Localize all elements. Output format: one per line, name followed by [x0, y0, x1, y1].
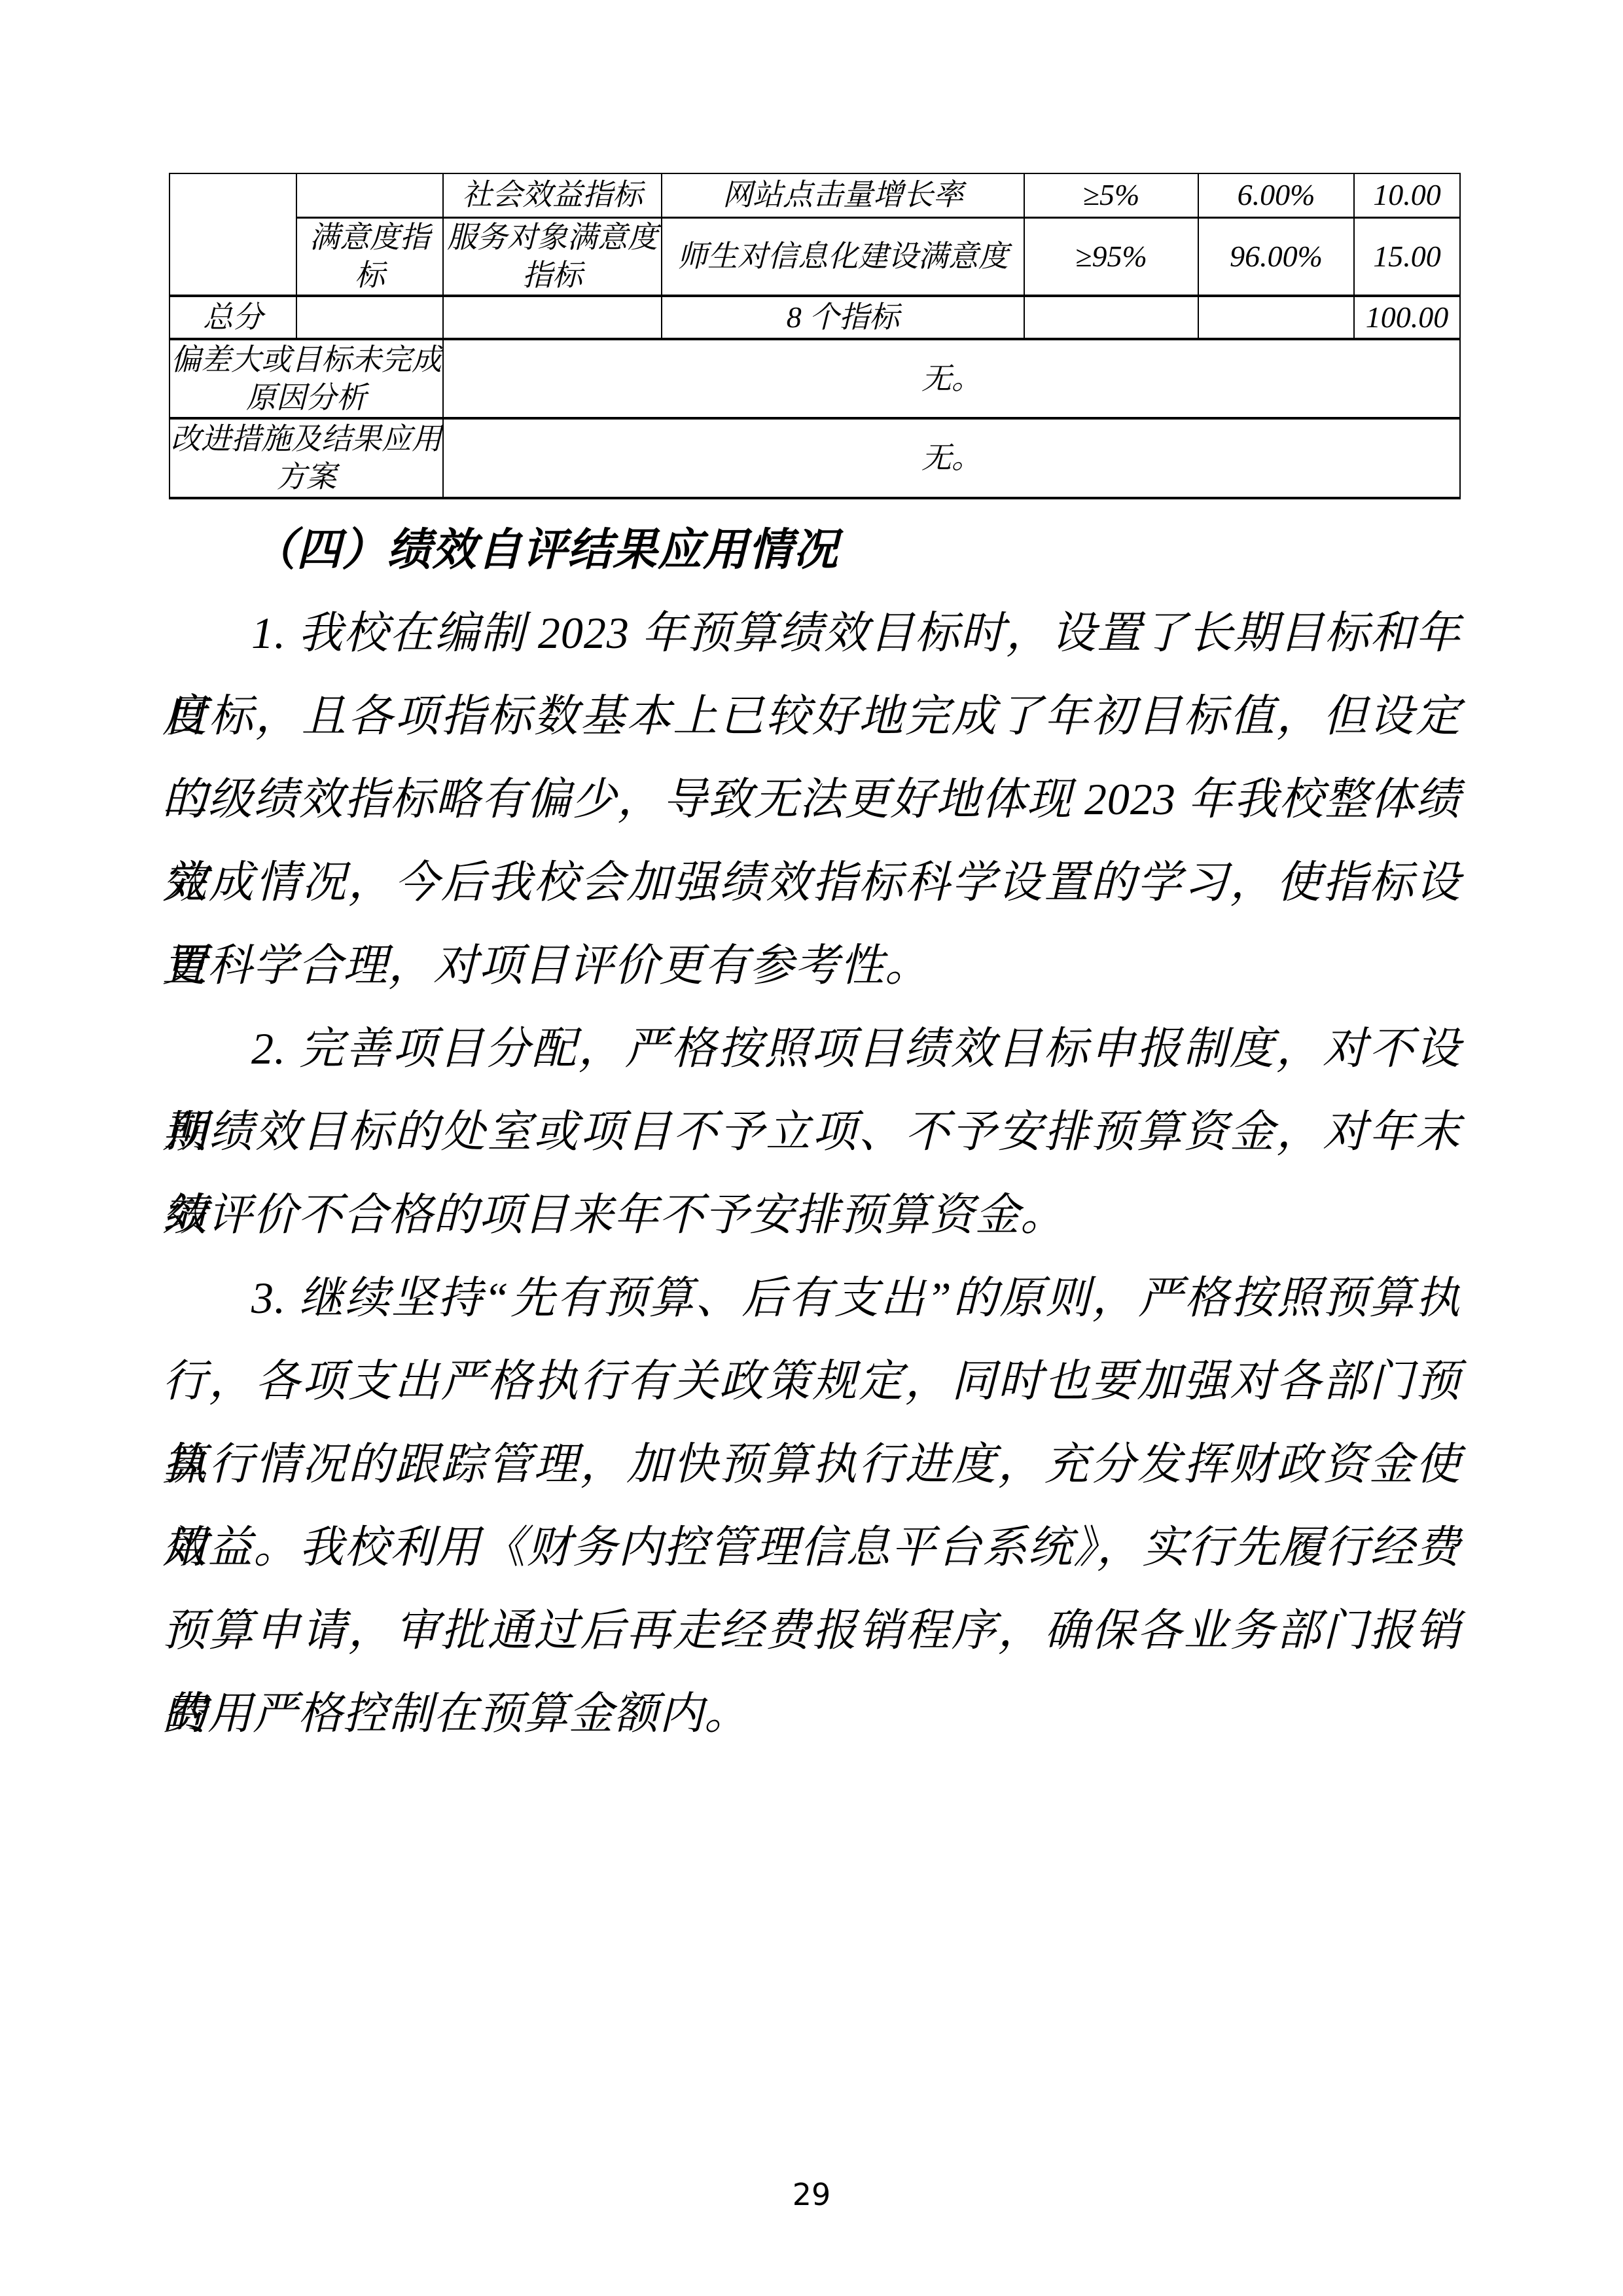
paragraph3-line1: 3. 继续坚持“先有预算、后有支出”的原则，严格按照预算执 [162, 1257, 1461, 1340]
body-text: （四）绩效自评结果应用情况 1. 我校在编制 2023 年预算绩效目标时，设置了… [162, 509, 1461, 1755]
paragraph3-line5: 预算申请，审批通过后再走经费报销程序，确保各业务部门报销的 [162, 1589, 1461, 1672]
cell-total-score-value: 100.00 [1354, 296, 1460, 339]
paragraph2-line1: 2. 完善项目分配，严格按照项目绩效目标申报制度，对不设预 [162, 1007, 1461, 1090]
paragraph2-line3: 效评价不合格的项目来年不予安排预算资金。 [162, 1174, 1461, 1257]
cell-empty [1198, 296, 1354, 339]
cell-target-value-website: ≥5% [1024, 173, 1198, 217]
cell-target-value-satisfaction: ≥95% [1024, 217, 1198, 296]
section-heading: （四）绩效自评结果应用情况 [162, 509, 1461, 592]
paragraph1-line4: 完成情况，今后我校会加强绩效指标科学设置的学习，使指标设置 [162, 841, 1461, 924]
paragraph1-line2: 目标，且各项指标数基本上已较好地完成了年初目标值，但设定的 [162, 675, 1461, 758]
paragraph1-line1: 1. 我校在编制 2023 年预算绩效目标时，设置了长期目标和年度 [162, 592, 1461, 675]
cell-deviation-analysis-value: 无。 [443, 339, 1460, 418]
document-page: 社会效益指标 网站点击量增长率 ≥5% 6.00% 10.00 满意度指标 服务… [0, 0, 1623, 2296]
cell-score-satisfaction: 15.00 [1354, 217, 1460, 296]
cell-indicator-name-website: 网站点击量增长率 [662, 173, 1024, 217]
cell-category-empty [169, 173, 296, 296]
paragraph3-line4: 效益。我校利用《财务内控管理信息平台系统》，实行先履行经费 [162, 1506, 1461, 1589]
cell-indicator-type-social: 社会效益指标 [443, 173, 662, 217]
cell-actual-value-website: 6.00% [1198, 173, 1354, 217]
paragraph3-line3: 执行情况的跟踪管理，加快预算执行进度，充分发挥财政资金使用 [162, 1423, 1461, 1506]
cell-actual-value-satisfaction: 96.00% [1198, 217, 1354, 296]
cell-deviation-analysis-label: 偏差大或目标未完成原因分析 [169, 339, 443, 418]
paragraph3-line6: 费用严格控制在预算金额内。 [162, 1672, 1461, 1755]
cell-empty [443, 296, 662, 339]
cell-improvement-plan-label: 改进措施及结果应用方案 [169, 418, 443, 498]
cell-indicator-name-satisfaction: 师生对信息化建设满意度 [662, 217, 1024, 296]
cell-subcategory-empty [296, 173, 443, 217]
performance-indicator-table: 社会效益指标 网站点击量增长率 ≥5% 6.00% 10.00 满意度指标 服务… [169, 173, 1461, 499]
paragraph2-line2: 期绩效目标的处室或项目不予立项、不予安排预算资金，对年末绩 [162, 1090, 1461, 1174]
cell-indicator-type-satisfaction: 服务对象满意度指标 [443, 217, 662, 296]
paragraph1-line5: 更科学合理，对项目评价更有参考性。 [162, 924, 1461, 1007]
cell-satisfaction-category: 满意度指标 [296, 217, 443, 296]
cell-score-website: 10.00 [1354, 173, 1460, 217]
cell-indicator-count: 8 个指标 [662, 296, 1024, 339]
page-content: 社会效益指标 网站点击量增长率 ≥5% 6.00% 10.00 满意度指标 服务… [0, 0, 1623, 1755]
cell-empty [296, 296, 443, 339]
cell-improvement-plan-value: 无。 [443, 418, 1460, 498]
cell-empty [1024, 296, 1198, 339]
cell-total-score-label: 总分 [169, 296, 296, 339]
paragraph3-line2: 行，各项支出严格执行有关政策规定，同时也要加强对各部门预算 [162, 1340, 1461, 1423]
page-number: 29 [0, 2177, 1623, 2212]
paragraph1-line3: 二级绩效指标略有偏少，导致无法更好地体现 2023 年我校整体绩效 [162, 758, 1461, 841]
